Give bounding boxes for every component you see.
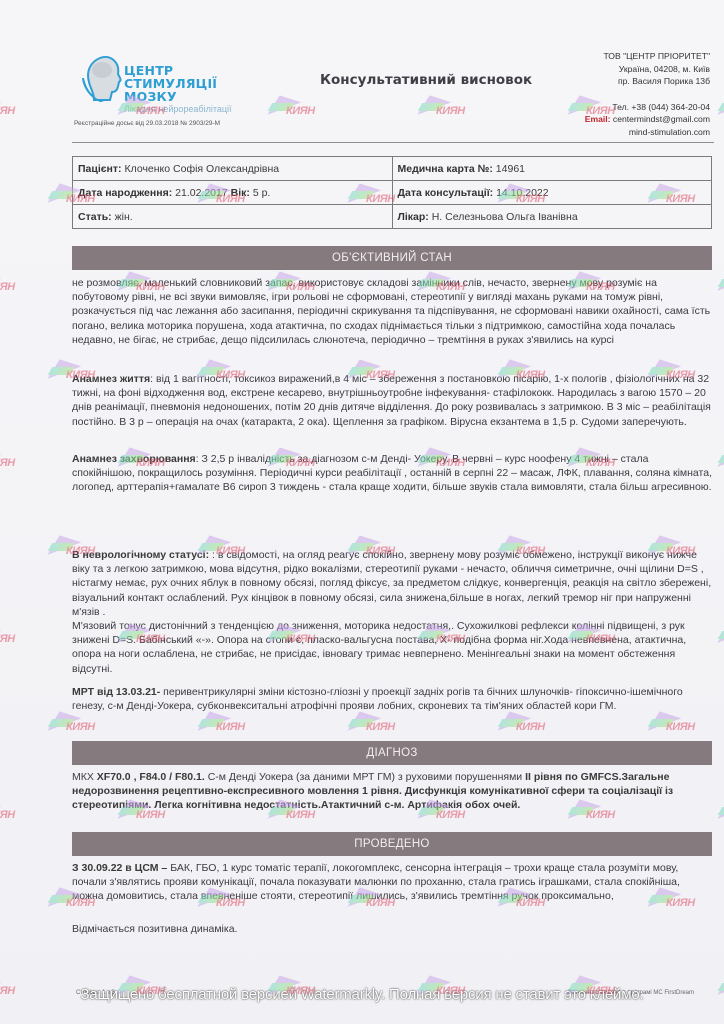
registration-note: Реєстраційне досьє від 29.03.2018 № 2903… (74, 120, 220, 127)
medical-card-cell: Медична карта №: 14961 (392, 157, 712, 181)
mri-result: МРТ від 13.03.21- перивентрикулярні змін… (72, 685, 714, 713)
watermark-stamp: КИЯН (410, 95, 470, 125)
conclusion: Відмічається позитивна динаміка. (72, 922, 714, 936)
neuro-status: В неврологічному статусі: : в свідомості… (72, 548, 714, 676)
document-title: Консультативний висновок (320, 72, 532, 88)
medical-card-number: 14961 (496, 163, 525, 175)
watermark-stamp: КИЯН (260, 95, 320, 125)
watermark-stamp: КИЯН (0, 799, 20, 829)
consult-date-cell: Дата консультації: 14.10.2022 (392, 181, 712, 205)
email-label: Email: (585, 114, 611, 124)
dob: 21.02.2017 (175, 187, 228, 199)
performed-text: З 30.09.22 в ЦСМ – БАК, ГБО, 1 курс тома… (72, 861, 714, 904)
watermark-stamp: КИЯН (0, 623, 20, 653)
objective-text: не розмовляє, маленький словниковий запа… (72, 276, 714, 347)
disease-history: Анамнез захворювання: З 2,5 р інвалідніс… (72, 452, 714, 495)
doctor-name: Н. Селезньова Ольга Іванівна (432, 211, 578, 223)
clinic-logo: ЦЕНТР СТИМУЛЯЦІЇ МОЗКУ Лікарня нейрореаб… (80, 52, 240, 112)
table-row: Пацієнт: Клоченко Софія Олександрівна Ме… (73, 157, 712, 181)
doctor-cell: Лікар: Н. Селезньова Ольга Іванівна (392, 205, 712, 229)
diagnosis-text: МКХ XF70.0 , F84.0 / F80.1. С-м Денді Уо… (72, 770, 714, 813)
watermark-stamp: КИЯН (0, 95, 20, 125)
table-row: Стать: жін. Лікар: Н. Селезньова Ольга І… (73, 205, 712, 229)
sex: жін. (115, 211, 133, 223)
document-page: ЦЕНТР СТИМУЛЯЦІЇ МОЗКУ Лікарня нейрореаб… (0, 0, 724, 1024)
dob-cell: Дата народження: 21.02.2017 Вік: 5 р. (73, 181, 393, 205)
neuro-status-label: В неврологічному статусі: (72, 549, 209, 561)
watermark-stamp: КИЯН (190, 711, 250, 741)
watermark-stamp: КИЯН (0, 447, 20, 477)
company-address-2: пр. Василя Порика 13б (585, 75, 710, 88)
watermark-stamp: КИЯН (0, 271, 20, 301)
patient-info-table: Пацієнт: Клоченко Софія Олександрівна Ме… (72, 156, 712, 229)
patient-name: Клоченко Софія Олександрівна (124, 163, 279, 175)
table-row: Дата народження: 21.02.2017 Вік: 5 р. Да… (73, 181, 712, 205)
consult-date: 14.10.2022 (496, 187, 549, 199)
logo-line-2: СТИМУЛЯЦІЇ МОЗКУ (124, 77, 240, 103)
watermark-stamp: КИЯН (710, 95, 724, 125)
mri-label: МРТ від 13.03.21- (72, 686, 160, 698)
life-history: Анамнез життя: від 1 вагітності, токсико… (72, 372, 714, 429)
logo-tagline: Лікарня нейрореабілітації (124, 103, 240, 115)
company-email[interactable]: centermindst@gmail.com (613, 114, 710, 124)
life-history-label: Анамнез життя (72, 373, 150, 385)
company-phone: Тел. +38 (044) 364-20-04 (585, 101, 710, 114)
section-header-performed: ПРОВЕДЕНО (72, 832, 712, 856)
watermark-stamp: КИЯН (490, 711, 550, 741)
company-info: ТОВ "ЦЕНТР ПРІОРИТЕТ" Україна, 04208, м.… (585, 50, 710, 138)
company-address-1: Україна, 04208, м. Київ (585, 63, 710, 76)
performed-label: З 30.09.22 в ЦСМ – (72, 862, 167, 874)
company-website[interactable]: mind-stimulation.com (585, 126, 710, 139)
sex-cell: Стать: жін. (73, 205, 393, 229)
head-hand-icon (80, 52, 124, 104)
watermark-stamp: КИЯН (640, 711, 700, 741)
patient-name-cell: Пацієнт: Клоченко Софія Олександрівна (73, 157, 393, 181)
age: 5 р. (253, 187, 271, 199)
section-header-diagnosis: ДІАГНОЗ (72, 741, 712, 765)
header-divider (72, 142, 714, 143)
watermark-stamp: КИЯН (40, 711, 100, 741)
watermark-stamp: КИЯН (340, 711, 400, 741)
section-header-objective: ОБ'ЄКТИВНИЙ СТАН (72, 246, 712, 270)
disease-history-label: Анамнез захворювання (72, 453, 196, 465)
company-name: ТОВ "ЦЕНТР ПРІОРИТЕТ" (585, 50, 710, 63)
watermark-banner: Защищено бесплатной версией Watermarkly.… (0, 986, 724, 1003)
